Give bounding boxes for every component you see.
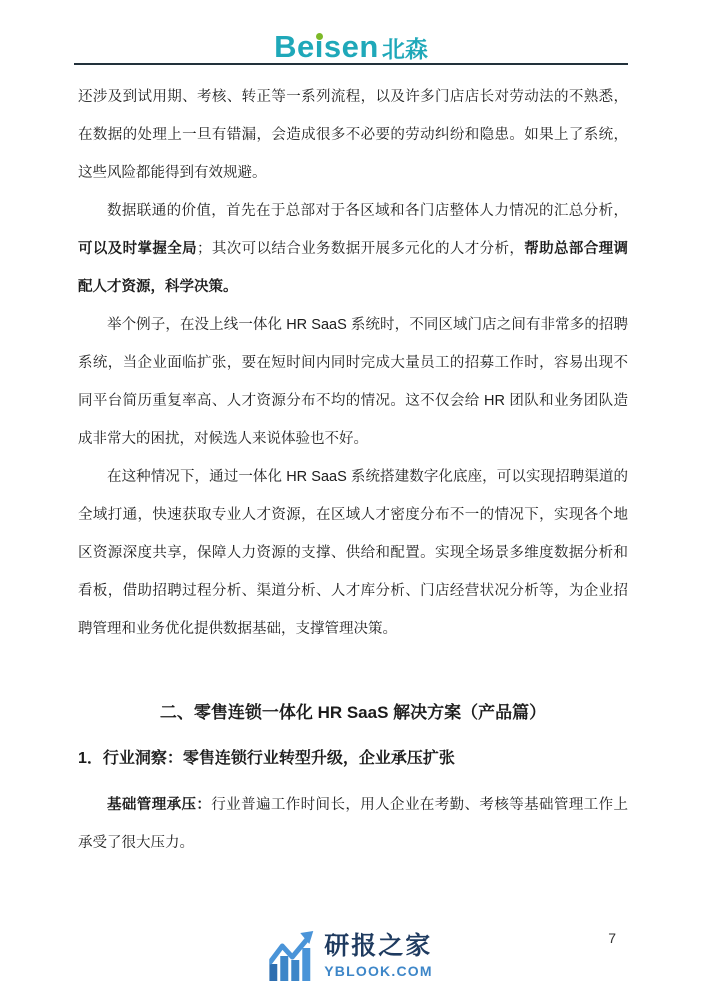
paragraph-solution: 在这种情况下，通过一体化 HR SaaS 系统搭建数字化底座，可以实现招聘渠道的… xyxy=(78,458,628,648)
logo-letter-i: ı xyxy=(315,30,324,64)
paragraph-basic-pressure: 基础管理承压：行业普遍工作时间长，用人企业在考勤、考核等基础管理工作上承受了很大… xyxy=(78,786,628,862)
header-divider xyxy=(74,63,628,65)
paragraph-lead-bold: 基础管理承压： xyxy=(107,797,211,813)
paragraph-text: 数据联通的价值，首先在于总部对于各区域和各门店整体人力情况的汇总分析， xyxy=(107,203,628,219)
logo-green-dot-icon xyxy=(316,33,323,40)
section-heading: 二、零售连锁一体化 HR SaaS 解决方案（产品篇） xyxy=(78,694,628,732)
watermark-text: 研报之家 YBLOOK.COM xyxy=(324,933,432,978)
paragraph-text-bold: 可以及时掌握全局 xyxy=(78,241,197,257)
bar-chart-arrow-icon xyxy=(269,931,315,981)
paragraph-text: 还涉及到试用期、考核、转正等一系列流程，以及许多门店店长对劳动法的不熟悉，在数据… xyxy=(78,89,628,181)
watermark-brand-cn: 研报之家 xyxy=(324,933,432,959)
beisen-logo-cn: 北森 xyxy=(382,36,428,62)
paragraph-text: 在这种情况下，通过一体化 HR SaaS 系统搭建数字化底座，可以实现招聘渠道的… xyxy=(78,469,628,637)
logo-text-prefix: Be xyxy=(274,29,315,64)
document-body: 还涉及到试用期、考核、转正等一系列流程，以及许多门店店长对劳动法的不熟悉，在数据… xyxy=(78,78,628,862)
paragraph-text: ；其次可以结合业务数据开展多元化的人才分析， xyxy=(197,241,524,257)
page-number: 7 xyxy=(608,928,616,948)
logo-text-suffix: sen xyxy=(324,29,379,64)
watermark-domain: YBLOOK.COM xyxy=(324,963,432,979)
paragraph-example: 举个例子，在没上线一体化 HR SaaS 系统时，不同区域门店之间有非常多的招聘… xyxy=(78,306,628,458)
beisen-logo-latin: Beısen xyxy=(274,29,379,64)
paragraph-continuation: 还涉及到试用期、考核、转正等一系列流程，以及许多门店店长对劳动法的不熟悉，在数据… xyxy=(78,78,628,192)
yblook-watermark: 研报之家 YBLOOK.COM xyxy=(269,931,432,981)
document-page: Beısen北森 还涉及到试用期、考核、转正等一系列流程，以及许多门店店长对劳动… xyxy=(0,0,702,992)
subsection-heading: 1．行业洞察：零售连锁行业转型升级，企业承压扩张 xyxy=(78,740,628,778)
paragraph-data-value: 数据联通的价值，首先在于总部对于各区域和各门店整体人力情况的汇总分析，可以及时掌… xyxy=(78,192,628,306)
paragraph-text: 举个例子，在没上线一体化 HR SaaS 系统时，不同区域门店之间有非常多的招聘… xyxy=(78,317,628,447)
